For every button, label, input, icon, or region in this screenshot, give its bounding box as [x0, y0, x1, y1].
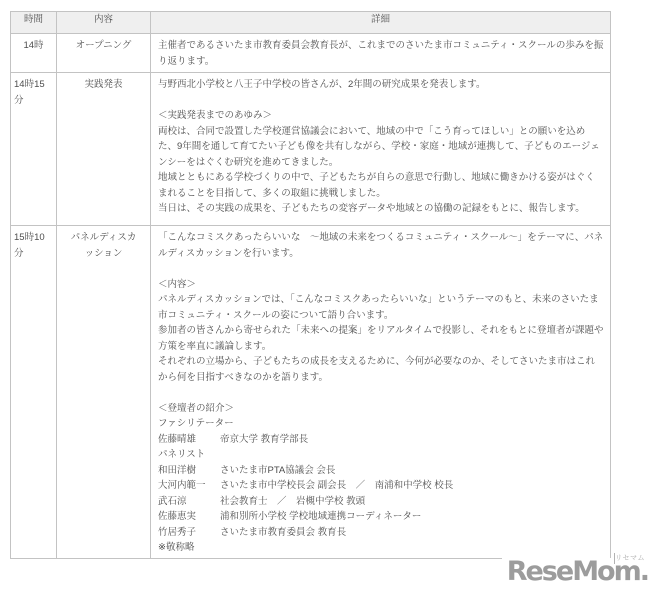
detail-paragraph: ＜内容＞	[158, 277, 604, 293]
detail-paragraph: パネルディスカッションでは、「こんなコミスクあったらいいな」というテーマのもと、…	[158, 292, 604, 323]
speaker-line: 竹居秀子さいたま市教育委員会 教育長	[158, 525, 604, 541]
content-cell: 実践発表	[57, 73, 151, 226]
speaker-name: 佐藤晴雄	[158, 432, 220, 448]
detail-paragraph: 両校は、合同で設置した学校運営協議会において、地域の中で「こう育ってほしい」との…	[158, 124, 604, 171]
table-row: 14時オープニング主催者であるさいたま市教育委員会教育長が、これまでのさいたま市…	[11, 34, 611, 73]
detail-cell: 主催者であるさいたま市教育委員会教育長が、これまでのさいたま市コミュニティ・スク…	[151, 34, 611, 73]
event-schedule-table: 時間 内容 詳細 14時オープニング主催者であるさいたま市教育委員会教育長が、こ…	[10, 11, 611, 559]
blank-line	[158, 93, 604, 109]
header-content: 内容	[57, 12, 151, 34]
detail-paragraph: ファシリテーター	[158, 416, 604, 432]
content-cell: オープニング	[57, 34, 151, 73]
speaker-role: さいたま市中学校長会 副会長 ／ 南浦和中学校 校長	[220, 478, 604, 494]
resemom-logo-rule	[614, 553, 615, 564]
header-time: 時間	[11, 12, 57, 34]
detail-cell: 「こんなコミスクあったらいいな ～地域の未来をつくるコミュニティ・スクール～」を…	[151, 226, 611, 559]
speaker-role: さいたま市教育委員会 教育長	[220, 525, 604, 541]
schedule-table-body: 14時オープニング主催者であるさいたま市教育委員会教育長が、これまでのさいたま市…	[11, 34, 611, 559]
speaker-line: 和田洋樹さいたま市PTA協議会 会長	[158, 463, 604, 479]
table-row: 15時10分パネルディスカッション「こんなコミスクあったらいいな ～地域の未来を…	[11, 226, 611, 559]
detail-paragraph: 与野西北小学校と八王子中学校の皆さんが、2年間の研究成果を発表します。	[158, 77, 604, 93]
content-cell: パネルディスカッション	[57, 226, 151, 559]
time-cell: 14時	[11, 34, 57, 73]
detail-paragraph: 主催者であるさいたま市教育委員会教育長が、これまでのさいたま市コミュニティ・スク…	[158, 38, 604, 69]
detail-paragraph: 当日は、その実践の成果を、子どもたちの変容データや地域との協働の記録をもとに、報…	[158, 201, 604, 217]
table-row: 14時15分実践発表与野西北小学校と八王子中学校の皆さんが、2年間の研究成果を発…	[11, 73, 611, 226]
speaker-line: 佐藤晴雄帝京大学 教育学部長	[158, 432, 604, 448]
speaker-line: 大河内範一さいたま市中学校長会 副会長 ／ 南浦和中学校 校長	[158, 478, 604, 494]
resemom-logo-kana: リセマム	[615, 555, 645, 562]
blank-line	[158, 385, 604, 401]
header-detail: 詳細	[151, 12, 611, 34]
resemom-logo: リセマム ReseMom.	[502, 558, 648, 585]
speaker-role: さいたま市PTA協議会 会長	[220, 463, 604, 479]
content-label: オープニング	[70, 38, 138, 54]
speaker-name: 竹居秀子	[158, 525, 220, 541]
detail-paragraph: ＜登壇者の紹介＞	[158, 401, 604, 417]
speaker-line: 武石涼社会教育士 ／ 岩槻中学校 教頭	[158, 494, 604, 510]
speaker-role: 浦和別所小学校 学校地域連携コーディネーター	[220, 509, 604, 525]
speaker-role: 帝京大学 教育学部長	[220, 432, 604, 448]
detail-paragraph: ＜実践発表までのあゆみ＞	[158, 108, 604, 124]
speaker-name: 和田洋樹	[158, 463, 220, 479]
detail-paragraph: それぞれの立場から、子どもたちの成長を支えるために、今何が必要なのか、そしてさい…	[158, 354, 604, 385]
content-label: パネルディスカッション	[70, 230, 138, 261]
speaker-line: 佐藤恵実浦和別所小学校 学校地域連携コーディネーター	[158, 509, 604, 525]
time-cell: 14時15分	[11, 73, 57, 226]
detail-paragraph: 地域とともにある学校づくりの中で、子どもたちが自らの意思で行動し、地域に働きかけ…	[158, 170, 604, 201]
speaker-name: 武石涼	[158, 494, 220, 510]
speaker-name: 佐藤恵実	[158, 509, 220, 525]
speaker-name: 大河内範一	[158, 478, 220, 494]
detail-paragraph: パネリスト	[158, 447, 604, 463]
table-header-row: 時間 内容 詳細	[11, 12, 611, 34]
blank-line	[158, 261, 604, 277]
speaker-role: 社会教育士 ／ 岩槻中学校 教頭	[220, 494, 604, 510]
detail-paragraph: 「こんなコミスクあったらいいな ～地域の未来をつくるコミュニティ・スクール～」を…	[158, 230, 604, 261]
detail-cell: 与野西北小学校と八王子中学校の皆さんが、2年間の研究成果を発表します。＜実践発表…	[151, 73, 611, 226]
content-label: 実践発表	[70, 77, 138, 93]
detail-paragraph: ※敬称略	[158, 540, 604, 556]
detail-paragraph: 参加者の皆さんから寄せられた「未来への提案」をリアルタイムで投影し、それをもとに…	[158, 323, 604, 354]
time-cell: 15時10分	[11, 226, 57, 559]
